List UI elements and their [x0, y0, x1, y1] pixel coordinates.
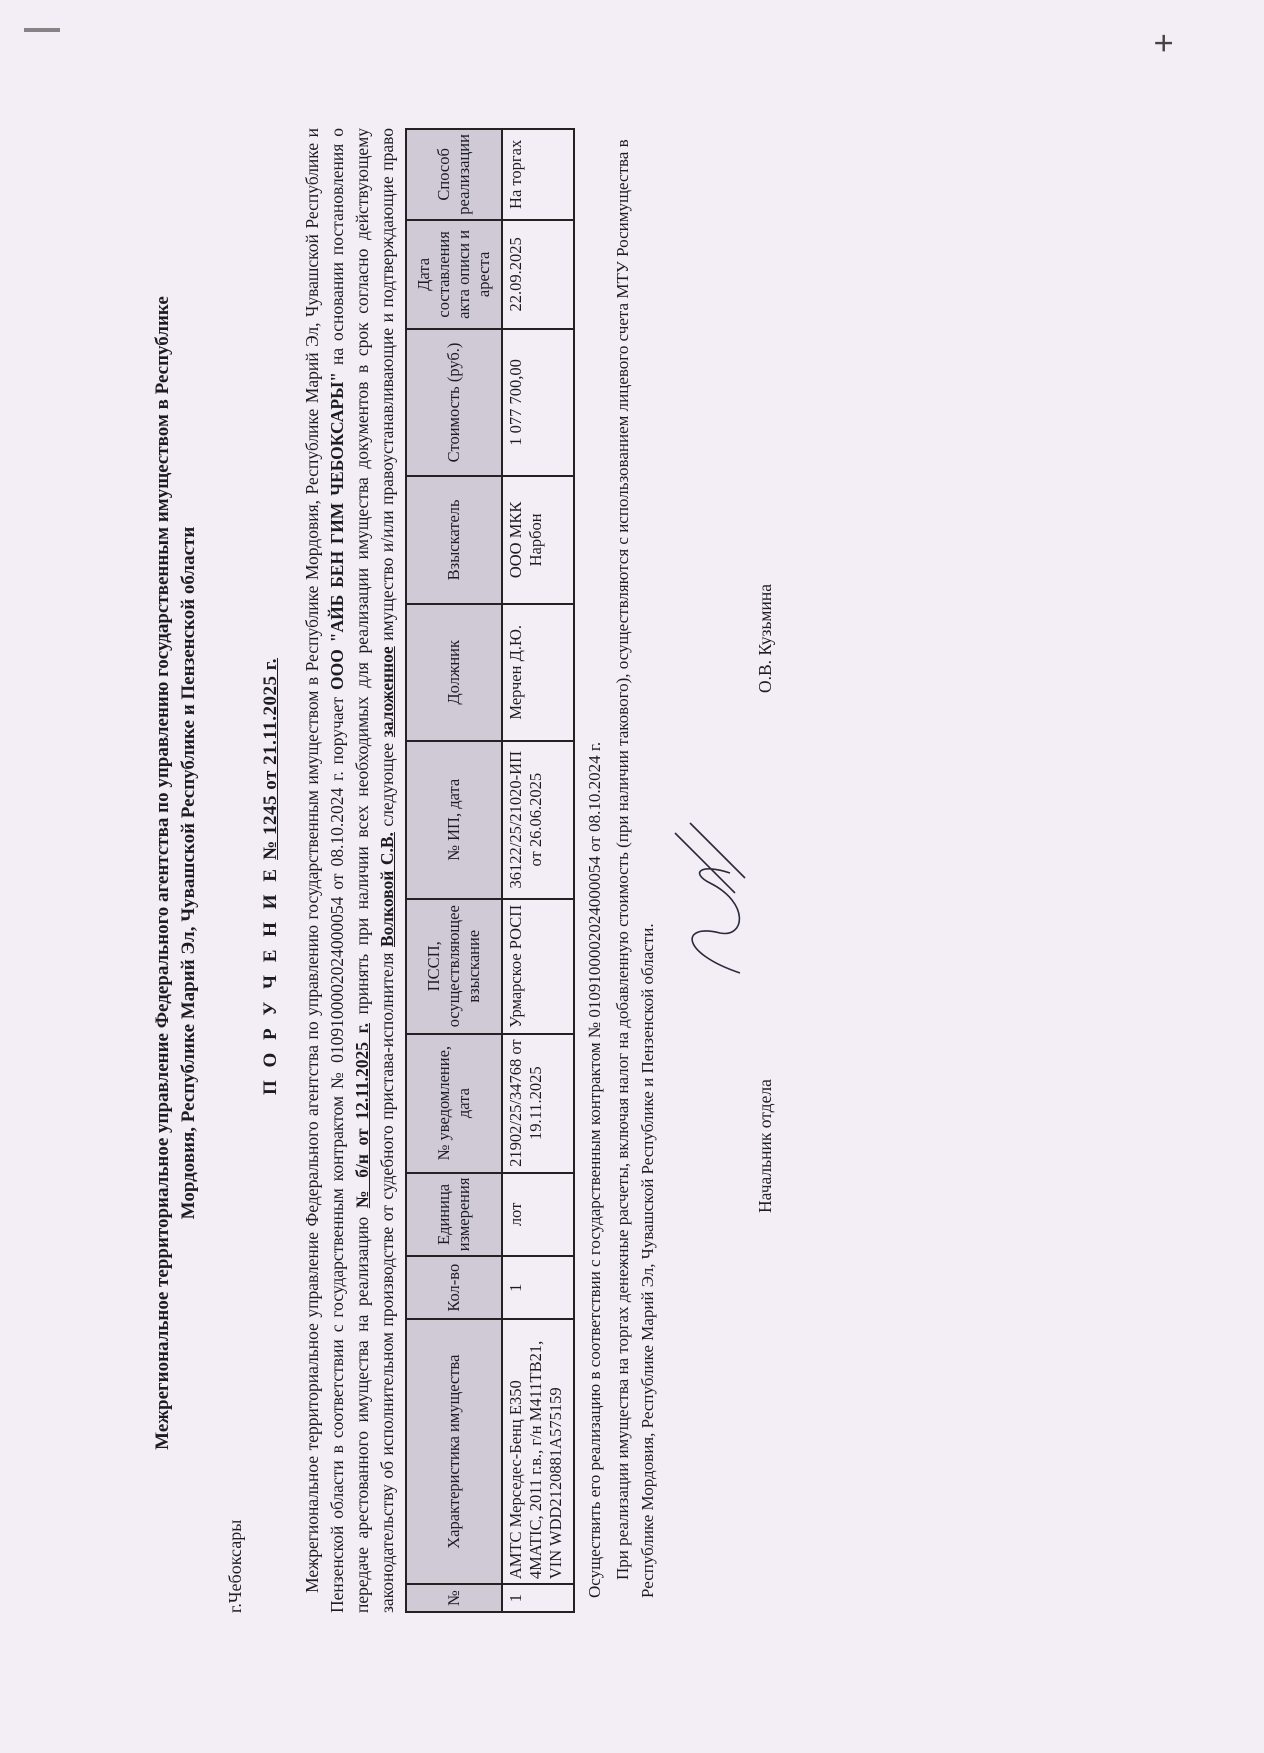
signature-icon	[660, 813, 770, 993]
cell-notice: 21902/25/34768 от 19.11.2025	[502, 1034, 574, 1173]
col-sale-method: Способ реализации	[406, 129, 502, 220]
col-quantity: Кол-во	[406, 1256, 502, 1319]
cell-unit: лот	[502, 1173, 574, 1257]
handwritten-plus-mark: +	[1145, 33, 1184, 53]
signer-role: Начальник отдела	[755, 1079, 776, 1213]
col-notice: № уведомление, дата	[406, 1034, 502, 1173]
col-bailiff-office: ПССП, осуществляющее взыскание	[406, 899, 502, 1034]
cell-cost: 1 077 700,00	[502, 329, 574, 476]
cell-property: АМТС Мерседес-Бенц E350 4MATIC, 2011 г.в…	[502, 1319, 574, 1584]
cell-sale-method: На торгах	[502, 129, 574, 220]
cell-debtor: Мерчен Д.Ю.	[502, 604, 574, 741]
instruction-line: Осуществить его реализацию в соответстви…	[582, 128, 607, 1598]
col-enforcement: № ИП, дата	[406, 741, 502, 899]
org-line-2: Мордовия, Республике Марий Эл, Чувашской…	[176, 133, 202, 1613]
cell-arrest-date: 22.09.2025	[502, 220, 574, 329]
document-title: П О Р У Ч Е Н И Е № 1245 от 21.11.2025 г…	[260, 0, 282, 1753]
col-property: Характеристика имущества	[406, 1319, 502, 1584]
bailiff-name: Волковой С.В.	[377, 832, 397, 947]
property-table: № Характеристика имущества Кол-во Единиц…	[405, 128, 575, 1613]
org-line-1: Межрегиональное территориальное управлен…	[150, 133, 176, 1613]
body-part-4: следующее	[377, 743, 397, 827]
scan-mark	[24, 28, 60, 32]
payment-terms: При реализации имущества на торгах денеж…	[610, 128, 660, 1598]
pledged-word: заложенное	[377, 646, 397, 737]
city: г.Чебоксары	[225, 1520, 246, 1613]
cell-bailiff-office: Урмарское РОСП	[502, 899, 574, 1034]
organization-header: Межрегиональное территориальное управлен…	[150, 133, 202, 1613]
table-header-row: № Характеристика имущества Кол-во Единиц…	[406, 129, 502, 1612]
title-number: № 1245 от 21.11.2025 г.	[260, 658, 281, 860]
title-word: П О Р У Ч Е Н И Е	[260, 865, 281, 1095]
order-reference: № б/н от 12.11.2025 г.	[352, 1023, 372, 1208]
col-number: №	[406, 1584, 502, 1612]
cell-enforcement: 36122/25/21020-ИП от 26.06.2025	[502, 741, 574, 899]
col-creditor: Взыскатель	[406, 476, 502, 604]
cell-creditor: ООО МКК Нарбон	[502, 476, 574, 604]
col-debtor: Должник	[406, 604, 502, 741]
document-page: + Межрегиональное территориальное управл…	[0, 0, 1264, 1753]
col-arrest-date: Дата составления акта описи и ареста	[406, 220, 502, 329]
signer-name: О.В. Кузьмина	[755, 584, 776, 693]
col-cost: Стоимость (руб.)	[406, 329, 502, 476]
table-row: 1 АМТС Мерседес-Бенц E350 4MATIC, 2011 г…	[502, 129, 574, 1612]
cell-number: 1	[502, 1584, 574, 1612]
company-name: ООО "АЙБ БЕН ГИМ ЧЕБОКСАРЫ"	[327, 372, 347, 690]
col-unit: Единица измерения	[406, 1173, 502, 1257]
cell-quantity: 1	[502, 1256, 574, 1319]
